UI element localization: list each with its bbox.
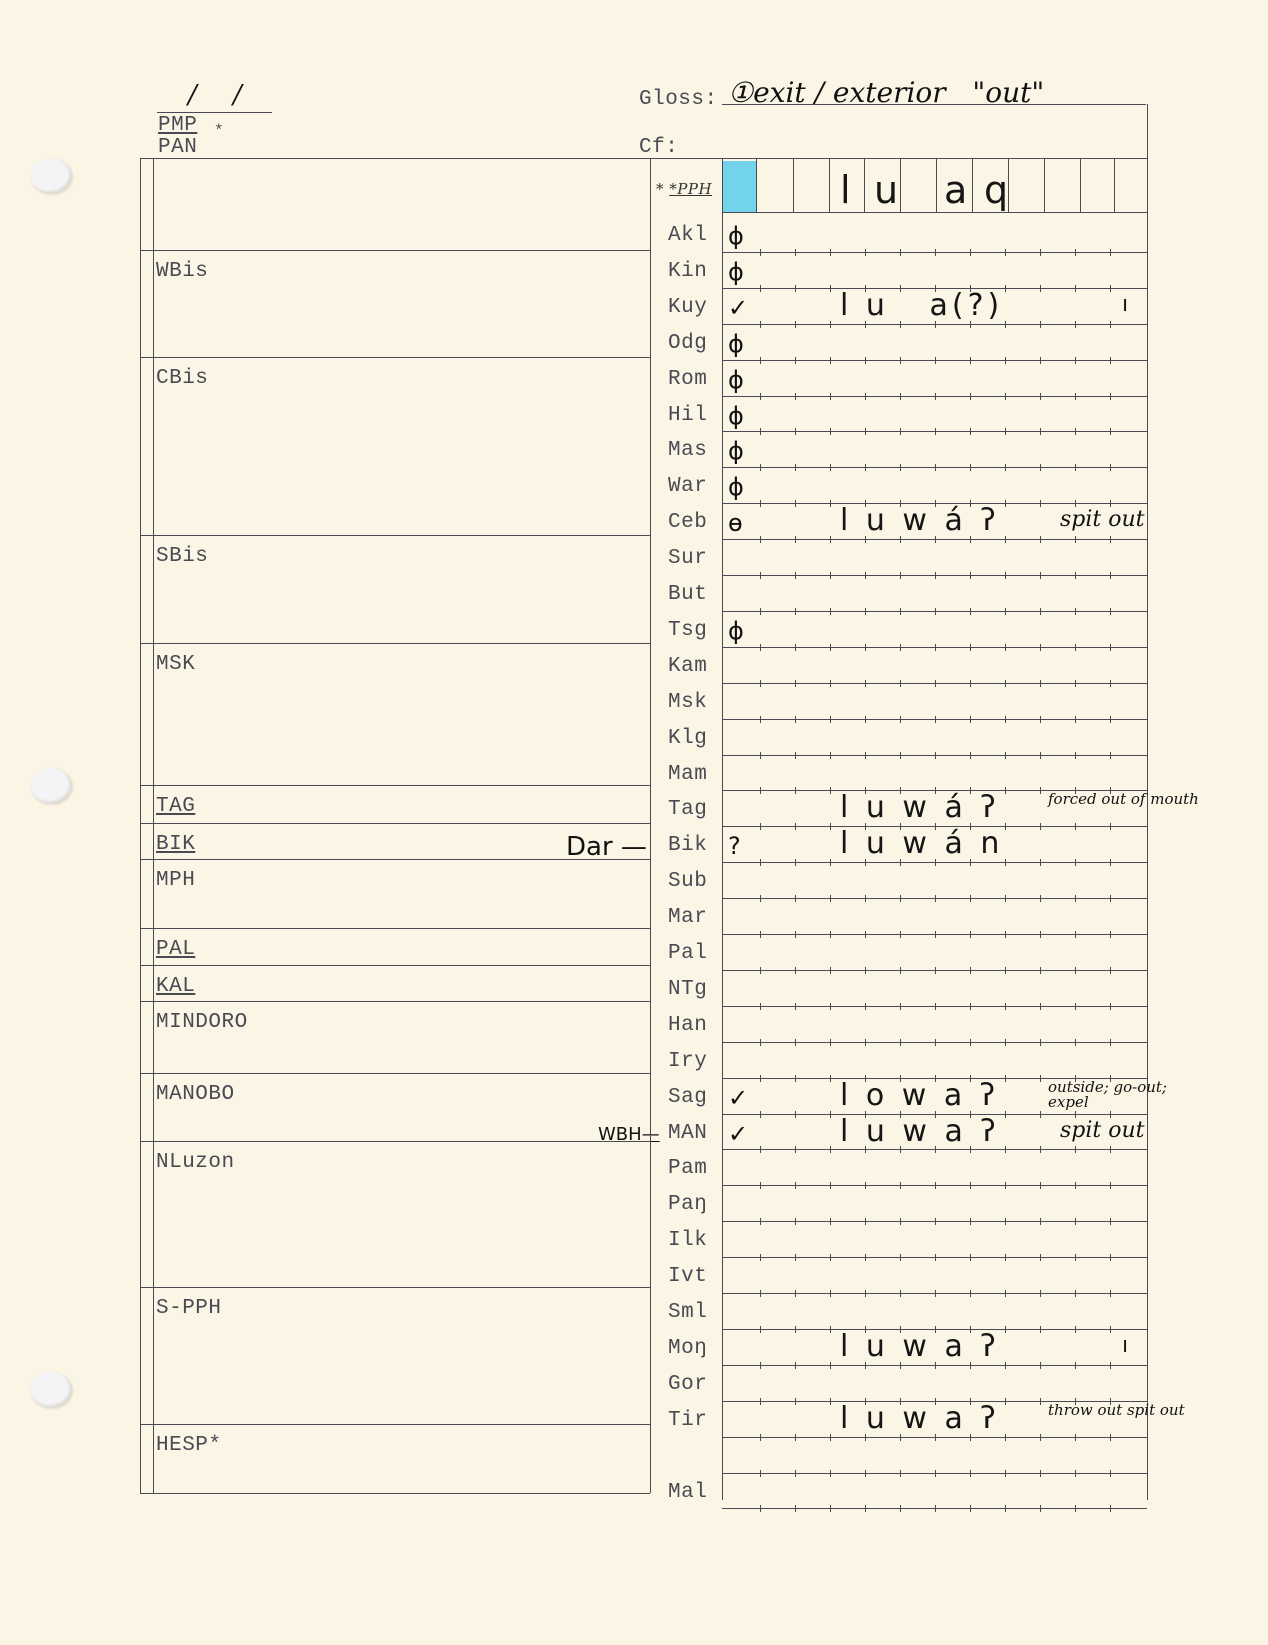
- row-tick: [1110, 321, 1111, 328]
- row-tick: [970, 967, 971, 974]
- row-tick: [935, 357, 936, 364]
- row-tick: [1005, 393, 1006, 400]
- row-tick: [1075, 1326, 1076, 1333]
- row-tick: [760, 428, 761, 435]
- language-code-ceb: Ceb: [668, 511, 707, 534]
- row-tick: [1040, 1398, 1041, 1405]
- row-tick: [935, 1290, 936, 1297]
- row-tick: [865, 1039, 866, 1046]
- cognate-form: l u w á ʔ: [840, 503, 1000, 538]
- row-tick: [1110, 1434, 1111, 1441]
- row-tick: [970, 1505, 971, 1512]
- row-tick: [1075, 1182, 1076, 1189]
- row-tick: [900, 680, 901, 687]
- row-tick: [1110, 1218, 1111, 1225]
- row-tick: [1005, 572, 1006, 579]
- subgroup-divider: [140, 357, 650, 358]
- row-tick: [830, 249, 831, 256]
- row-tick: [830, 1146, 831, 1153]
- row-tick: [1040, 572, 1041, 579]
- row-tick: [865, 1254, 866, 1261]
- pph-cell-divider: [1008, 158, 1009, 212]
- language-code-ilk: Ilk: [668, 1229, 707, 1252]
- row-tick: [1075, 1039, 1076, 1046]
- row-tick: [970, 572, 971, 579]
- language-code-kam: Kam: [668, 655, 707, 678]
- row-tick: [830, 1326, 831, 1333]
- row-tick: [1005, 716, 1006, 723]
- row-tick: [865, 1218, 866, 1225]
- row-tick: [865, 752, 866, 759]
- language-code-rom: Rom: [668, 368, 707, 391]
- row-tick: [1005, 608, 1006, 615]
- language-code-kuy: Kuy: [668, 296, 707, 319]
- row-tick: [760, 1470, 761, 1477]
- row-tick: [760, 1182, 761, 1189]
- status-mark: ϕ: [728, 258, 744, 286]
- row-tick: [795, 1218, 796, 1225]
- row-tick: [1005, 787, 1006, 794]
- row-tick: [795, 680, 796, 687]
- row-tick: [900, 895, 901, 902]
- row-tick: [795, 716, 796, 723]
- row-tick: [795, 572, 796, 579]
- row-tick: [1005, 644, 1006, 651]
- row-tick: [1075, 249, 1076, 256]
- row-tick: [830, 536, 831, 543]
- row-tick: [795, 1470, 796, 1477]
- row-tick: [830, 357, 831, 364]
- row-tick: [1005, 1218, 1006, 1225]
- row-tick: [830, 464, 831, 471]
- row-tick: [1040, 1146, 1041, 1153]
- row-tick: [935, 393, 936, 400]
- language-code-tag: Tag: [668, 798, 707, 821]
- row-tick: [1005, 1146, 1006, 1153]
- row-tick: [1075, 1505, 1076, 1512]
- binder-hole: [30, 768, 72, 804]
- row-tick: [795, 1505, 796, 1512]
- row-tick: [1040, 644, 1041, 651]
- row-tick: [935, 572, 936, 579]
- row-tick: [795, 464, 796, 471]
- row-tick: [1075, 357, 1076, 364]
- row-tick: [1075, 572, 1076, 579]
- pph-row-bottom: [722, 212, 1147, 213]
- row-tick: [795, 1039, 796, 1046]
- row-tick: [1040, 249, 1041, 256]
- row-tick: [760, 393, 761, 400]
- row-tick: [830, 608, 831, 615]
- language-code-ntg: NTg: [668, 978, 707, 1001]
- row-tick: [1075, 967, 1076, 974]
- subgroup-label: PAL: [156, 938, 195, 961]
- row-tick: [865, 572, 866, 579]
- subgroup-divider: [140, 1073, 650, 1074]
- row-tick: [760, 931, 761, 938]
- status-mark: ✓: [728, 294, 748, 322]
- row-tick: [760, 1218, 761, 1225]
- row-tick: [1040, 1505, 1041, 1512]
- row-tick: [830, 859, 831, 866]
- subgroup-label: S-PPH: [156, 1297, 222, 1320]
- row-tick: [1040, 716, 1041, 723]
- subgroup-divider: [140, 859, 650, 860]
- gloss-underline: [722, 104, 1146, 105]
- language-code-sml: Sml: [668, 1301, 707, 1324]
- row-tick: [935, 1218, 936, 1225]
- row-tick: [1040, 823, 1041, 830]
- row-tick: [1075, 393, 1076, 400]
- row-tick: [830, 1505, 831, 1512]
- row-tick: [1110, 967, 1111, 974]
- row-tick: [795, 1326, 796, 1333]
- cognate-form: l u w a ʔ: [840, 1114, 1000, 1149]
- row-tick: [900, 752, 901, 759]
- language-code-paŋ: Paŋ: [668, 1193, 707, 1216]
- row-tick: [970, 1039, 971, 1046]
- row-tick: [935, 1039, 936, 1046]
- row-tick: [970, 644, 971, 651]
- row-tick: [1110, 716, 1111, 723]
- pph-cell-divider: [1114, 158, 1115, 212]
- row-tick: [935, 1003, 936, 1010]
- pph-highlight-cell: [722, 161, 756, 212]
- row-tick: [865, 1003, 866, 1010]
- row-tick: [795, 1290, 796, 1297]
- row-tick: [830, 1111, 831, 1118]
- pph-cell-divider: [756, 158, 757, 212]
- row-tick: [1040, 285, 1041, 292]
- row-tick: [760, 1146, 761, 1153]
- row-tick: [830, 1470, 831, 1477]
- row-tick: [760, 752, 761, 759]
- row-tick: [795, 249, 796, 256]
- row-tick: [760, 1434, 761, 1441]
- row-tick: [1005, 859, 1006, 866]
- row-tick: [865, 1505, 866, 1512]
- frame-top: [140, 158, 1147, 159]
- subgroup-label: HESP*: [156, 1434, 222, 1457]
- row-tick: [760, 680, 761, 687]
- row-tick: [900, 1182, 901, 1189]
- row-tick: [1005, 1003, 1006, 1010]
- pph-label: * *PPH: [656, 180, 712, 198]
- row-tick: [900, 931, 901, 938]
- row-tick: [970, 249, 971, 256]
- status-mark: ɵ: [728, 509, 743, 537]
- row-tick: [795, 1182, 796, 1189]
- subgroup-label: WBis: [156, 260, 208, 283]
- language-code-but: But: [668, 583, 707, 606]
- binder-hole: [30, 158, 72, 194]
- row-tick: [1110, 1362, 1111, 1369]
- row-tick: [935, 249, 936, 256]
- row-tick: [760, 285, 761, 292]
- row-tick: [1075, 716, 1076, 723]
- row-tick: [900, 1290, 901, 1297]
- bik-dialect-note: Dar —: [566, 832, 647, 862]
- pph-asterisk: *: [656, 180, 664, 198]
- row-tick: [1075, 500, 1076, 507]
- row-tick: [795, 895, 796, 902]
- row-tick: [935, 1182, 936, 1189]
- row-tick: [1110, 428, 1111, 435]
- row-tick: [760, 1003, 761, 1010]
- row-tick: [1110, 536, 1111, 543]
- row-tick: [1005, 321, 1006, 328]
- subgroup-label: SBis: [156, 545, 208, 568]
- row-tick: [1005, 1434, 1006, 1441]
- row-tick: [1005, 249, 1006, 256]
- row-tick: [1110, 249, 1111, 256]
- row-tick: [1075, 859, 1076, 866]
- row-tick: [795, 931, 796, 938]
- row-tick: [1075, 321, 1076, 328]
- pmp-label: PMP: [158, 114, 197, 137]
- row-tick: [795, 1254, 796, 1261]
- row-tick: [900, 1003, 901, 1010]
- row-tick: [830, 393, 831, 400]
- cognate-form: l u w a ʔ: [840, 1401, 1000, 1436]
- pph-cell-divider: [1044, 158, 1045, 212]
- row-tick: [935, 1470, 936, 1477]
- row-tick: [1110, 1111, 1111, 1118]
- row-tick: [795, 1111, 796, 1118]
- row-tick: [1005, 1505, 1006, 1512]
- row-tick: [900, 1505, 901, 1512]
- row-tick: [760, 1075, 761, 1082]
- binder-hole: [30, 1372, 72, 1408]
- row-tick: [1005, 1326, 1006, 1333]
- row-tick: [1005, 1362, 1006, 1369]
- row-tick: [1040, 1362, 1041, 1369]
- row-tick: [970, 1470, 971, 1477]
- row-tick: [935, 1254, 936, 1261]
- row-tick: [900, 357, 901, 364]
- row-tick: [760, 357, 761, 364]
- row-tick: [1075, 895, 1076, 902]
- row-tick: [795, 500, 796, 507]
- status-mark: ϕ: [728, 437, 744, 465]
- row-tick: [900, 608, 901, 615]
- row-tick: [1110, 644, 1111, 651]
- row-tick: [900, 464, 901, 471]
- row-tick: [1110, 859, 1111, 866]
- language-code-sur: Sur: [668, 547, 707, 570]
- language-code-bik: Bik: [668, 834, 707, 857]
- row-tick: [1110, 1326, 1111, 1333]
- status-mark: ϕ: [728, 222, 744, 250]
- row-tick: [1005, 464, 1006, 471]
- subgroup-label: CBis: [156, 367, 208, 390]
- language-code-pal: Pal: [668, 942, 707, 965]
- row-tick: [865, 1290, 866, 1297]
- row-tick: [795, 357, 796, 364]
- subgroup-label: TAG: [156, 795, 195, 818]
- row-tick: [865, 931, 866, 938]
- row-tick: [1040, 1039, 1041, 1046]
- row-tick: [1040, 608, 1041, 615]
- row-tick: [830, 895, 831, 902]
- row-tick: [1040, 500, 1041, 507]
- row-tick: [970, 716, 971, 723]
- row-tick: [970, 931, 971, 938]
- pph-cell-divider: [936, 158, 937, 212]
- row-tick: [935, 428, 936, 435]
- language-code-mas: Mas: [668, 439, 707, 462]
- language-code-ivt: Ivt: [668, 1265, 707, 1288]
- row-tick: [795, 1146, 796, 1153]
- row-tick: [1075, 931, 1076, 938]
- row-tick: [760, 1290, 761, 1297]
- row-tick: [795, 752, 796, 759]
- row-tick: [1040, 464, 1041, 471]
- row-tick: [830, 644, 831, 651]
- row-tick: [1075, 644, 1076, 651]
- row-tick: [1040, 931, 1041, 938]
- row-tick: [900, 393, 901, 400]
- row-tick: [900, 572, 901, 579]
- language-code-msk: Msk: [668, 691, 707, 714]
- row-tick: [1005, 500, 1006, 507]
- row-tick: [760, 823, 761, 830]
- row-tick: [1075, 1111, 1076, 1118]
- row-tick: [795, 823, 796, 830]
- language-code-klg: Klg: [668, 727, 707, 750]
- row-tick: [970, 1003, 971, 1010]
- row-tick: [1075, 1434, 1076, 1441]
- pph-letter: q: [984, 168, 1008, 212]
- subgroup-divider: [140, 1424, 650, 1425]
- row-tick: [795, 1362, 796, 1369]
- row-tick: [970, 1218, 971, 1225]
- row-tick: [830, 1003, 831, 1010]
- pph-letter: l: [840, 168, 851, 212]
- language-code-sag: Sag: [668, 1086, 707, 1109]
- subgroup-divider: [140, 785, 650, 786]
- row-tick: [1110, 1254, 1111, 1261]
- row-tick: [760, 500, 761, 507]
- row-tick: [1040, 680, 1041, 687]
- row-tick: [1005, 1254, 1006, 1261]
- row-tick: [1110, 1146, 1111, 1153]
- row-tick: [1110, 1182, 1111, 1189]
- row-tick: [865, 464, 866, 471]
- row-tick: [795, 967, 796, 974]
- end-mark: ı: [1122, 292, 1128, 317]
- gloss-note: spit out: [1060, 1120, 1160, 1142]
- row-tick: [1005, 823, 1006, 830]
- gloss-note: forced out of mouth: [1048, 792, 1198, 807]
- language-code-sub: Sub: [668, 870, 707, 893]
- language-code-hil: Hil: [668, 404, 707, 427]
- row-tick: [795, 644, 796, 651]
- row-tick: [830, 500, 831, 507]
- gloss-note: spit out: [1060, 509, 1160, 531]
- pan-label: PAN: [158, 136, 197, 159]
- row-tick: [970, 895, 971, 902]
- row-tick: [1005, 357, 1006, 364]
- row-tick: [1075, 536, 1076, 543]
- status-mark: ϕ: [728, 330, 744, 358]
- row-tick: [760, 859, 761, 866]
- row-tick: [1110, 1505, 1111, 1512]
- row-tick: [865, 249, 866, 256]
- subgroup-divider: [140, 535, 650, 536]
- pph-cell-divider: [864, 158, 865, 212]
- row-tick: [795, 428, 796, 435]
- row-tick: [1040, 1218, 1041, 1225]
- gloss-note: throw out spit out: [1048, 1403, 1198, 1418]
- row-tick: [795, 859, 796, 866]
- row-tick: [760, 895, 761, 902]
- row-tick: [1110, 572, 1111, 579]
- row-tick: [1005, 536, 1006, 543]
- row-tick: [865, 428, 866, 435]
- subgroup-label: MANOBO: [156, 1083, 235, 1106]
- row-tick: [795, 321, 796, 328]
- row-tick: [795, 285, 796, 292]
- pph-label-text: *PPH: [669, 180, 712, 198]
- row-tick: [830, 931, 831, 938]
- row-tick: [760, 1362, 761, 1369]
- row-tick: [1005, 1075, 1006, 1082]
- subgroup-label: BIK: [156, 833, 195, 856]
- row-tick: [1110, 357, 1111, 364]
- row-tick: [760, 464, 761, 471]
- row-tick: [1110, 895, 1111, 902]
- row-tick: [760, 1111, 761, 1118]
- row-tick: [900, 1039, 901, 1046]
- row-tick: [865, 680, 866, 687]
- cf-label: Cf:: [639, 136, 678, 159]
- language-code-mal: Mal: [668, 1481, 707, 1504]
- row-tick: [1005, 428, 1006, 435]
- row-tick: [1110, 1003, 1111, 1010]
- row-tick: [1110, 1290, 1111, 1297]
- row-tick: [1110, 1039, 1111, 1046]
- language-code-war: War: [668, 475, 707, 498]
- status-mark: ϕ: [728, 366, 744, 394]
- row-tick: [760, 1254, 761, 1261]
- row-tick: [830, 1290, 831, 1297]
- row-tick: [865, 895, 866, 902]
- pph-letter: a: [944, 168, 967, 212]
- row-tick: [1110, 752, 1111, 759]
- row-tick: [760, 572, 761, 579]
- row-tick: [830, 1075, 831, 1082]
- row-tick: [970, 680, 971, 687]
- gloss-label: Gloss:: [639, 88, 718, 111]
- row-tick: [1075, 285, 1076, 292]
- row-tick: [1040, 752, 1041, 759]
- row-tick: [865, 1470, 866, 1477]
- row-tick: [1040, 967, 1041, 974]
- row-tick: [1075, 608, 1076, 615]
- row-tick: [970, 1182, 971, 1189]
- row-tick: [900, 428, 901, 435]
- row-tick: [970, 1290, 971, 1297]
- row-tick: [1110, 500, 1111, 507]
- row-tick: [900, 249, 901, 256]
- row-tick: [1005, 967, 1006, 974]
- subgroup-label: KAL: [156, 975, 195, 998]
- row-tick: [1040, 536, 1041, 543]
- language-code-man: MAN: [668, 1122, 707, 1145]
- subgroup-divider: [140, 1001, 650, 1002]
- row-tick: [830, 321, 831, 328]
